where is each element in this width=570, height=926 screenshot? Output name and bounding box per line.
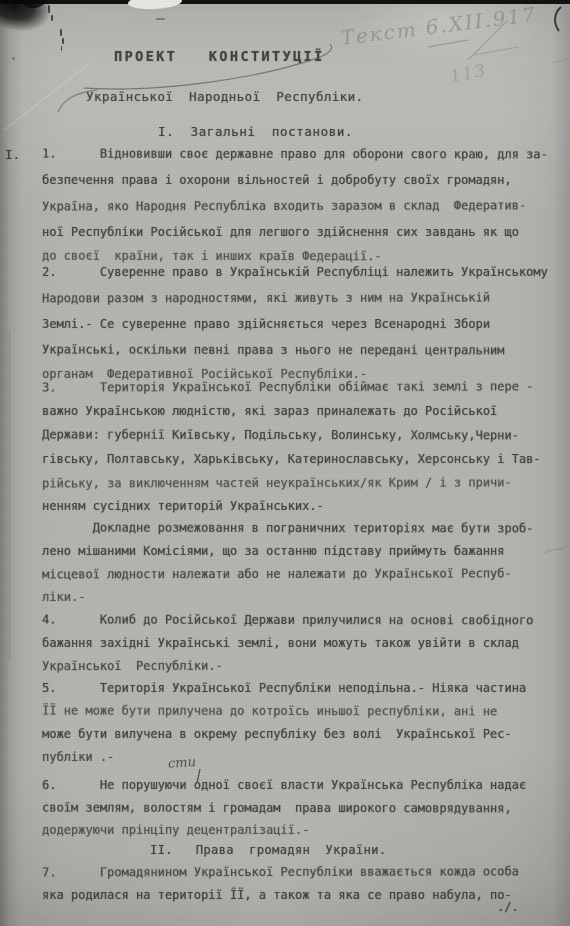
ink-speck [60, 29, 62, 36]
typed-text-line: 5. Територія Української Республіки непо… [42, 681, 526, 695]
handwritten-date-note: Текст 6.XII.917 [339, 2, 538, 50]
section-2-heading: ІІ. Права громадян України. [150, 843, 386, 857]
ink-speck [48, 5, 50, 13]
typed-text-line: ненням сусідних територій Українських.- [42, 499, 324, 513]
typed-text-line: рійську, за виключенням частей неукраїнс… [42, 476, 512, 491]
ink-speck [12, 57, 15, 60]
typed-text-line: 1. Відновивши своє державне право для об… [42, 147, 548, 162]
typed-text-line: своїм землям, волостям і громадам права … [42, 801, 512, 816]
document-title: ПРОЕКТ КОНСТИТУЦІЇ [114, 49, 325, 65]
scanned-document-page: Текст 6.XII.917 113 ПРОЕКТ КОНСТИТУЦІЇ У… [0, 0, 570, 926]
typed-text-line: 4. Колиб до Російської Держави прилучили… [42, 613, 533, 628]
typed-text-line: Української Республіки.- [42, 659, 223, 673]
typed-text-line: Народови разом з народностями, які живут… [42, 291, 490, 306]
typed-text-line: може бути вилучена в окрему республіку б… [42, 727, 512, 741]
margin-roman-numeral: І. [5, 147, 20, 162]
typed-text-line: публіки .- [42, 750, 114, 764]
typed-text-line: важно Українською людністю, які зараз пр… [42, 404, 497, 418]
typed-text-line: 6. Не порушуючи одної своєї власти Украї… [42, 778, 526, 792]
margin-smudge-2 [552, 58, 568, 63]
section-1-heading: І. Загальні постанови. [158, 124, 353, 139]
typed-text-line: Україна, яко Народня Республіка входить … [42, 198, 526, 213]
typed-text-line: 3. Територія Української Республіки обій… [42, 379, 533, 394]
ink-speck [156, 18, 165, 20]
date-underline [428, 40, 468, 47]
handwritten-insertion: сти [168, 755, 197, 772]
ink-speck [51, 15, 53, 21]
typed-text-line: Землі.- Се суверенне право здійсняється … [42, 317, 490, 331]
typed-text-line: ЇЇ не може бути прилучена до котроїсь ин… [42, 704, 497, 719]
typed-text-line: 7. Громадянином Української Республіки в… [42, 865, 519, 880]
paper-crease-diagonal [3, 62, 90, 131]
margin-smudge [544, 546, 567, 553]
typed-text-line: Докладне розмежовання в пограничних тери… [42, 521, 533, 536]
scan-edge-top [0, 0, 570, 4]
typed-text-line: до своєї країни, так і инших країв Федер… [42, 249, 382, 264]
ink-speck [62, 38, 64, 44]
paper-crease-vertical [9, 330, 10, 660]
typed-text-line: гівську, Полтавську, Харьківську, Катери… [42, 452, 541, 466]
typed-text-line: безпечення права і охорони вільностей і … [42, 173, 512, 187]
typed-text-line: ліки.- [42, 590, 85, 604]
typed-text-line: ної Республіки Російської для легшого зд… [42, 225, 519, 239]
continuation-mark: ./. [497, 900, 519, 914]
edge-paren-mark [555, 7, 561, 31]
typed-text-line: Держави: губернії Київську, Подільську, … [42, 428, 519, 443]
typed-text-line: органам Федеративної Російської Республі… [42, 367, 367, 381]
handwritten-page-number: 113 [448, 61, 488, 88]
typed-text-line: місцевої людности належати або не належа… [42, 567, 512, 582]
paper-tear-notch [128, 0, 183, 10]
typed-text-line: додержуючи прінціпу децентралізації.- [42, 823, 309, 837]
typed-text-line: яка родилася на території ЇЇ, а також та… [42, 888, 512, 902]
ink-speck [61, 46, 62, 51]
typed-text-line: 2. Суверенне право в Українській Республ… [42, 265, 548, 279]
typed-text-line: лено мішаними Комісіями, що за останню п… [42, 544, 504, 558]
typed-text-line: Українські, оскільки певні права з нього… [42, 343, 504, 358]
typed-text-line: бажання західні Українські землі, вони м… [42, 636, 519, 650]
document-subtitle: Української Народньої Республіки. [86, 89, 363, 104]
date-underline-2 [474, 47, 518, 55]
